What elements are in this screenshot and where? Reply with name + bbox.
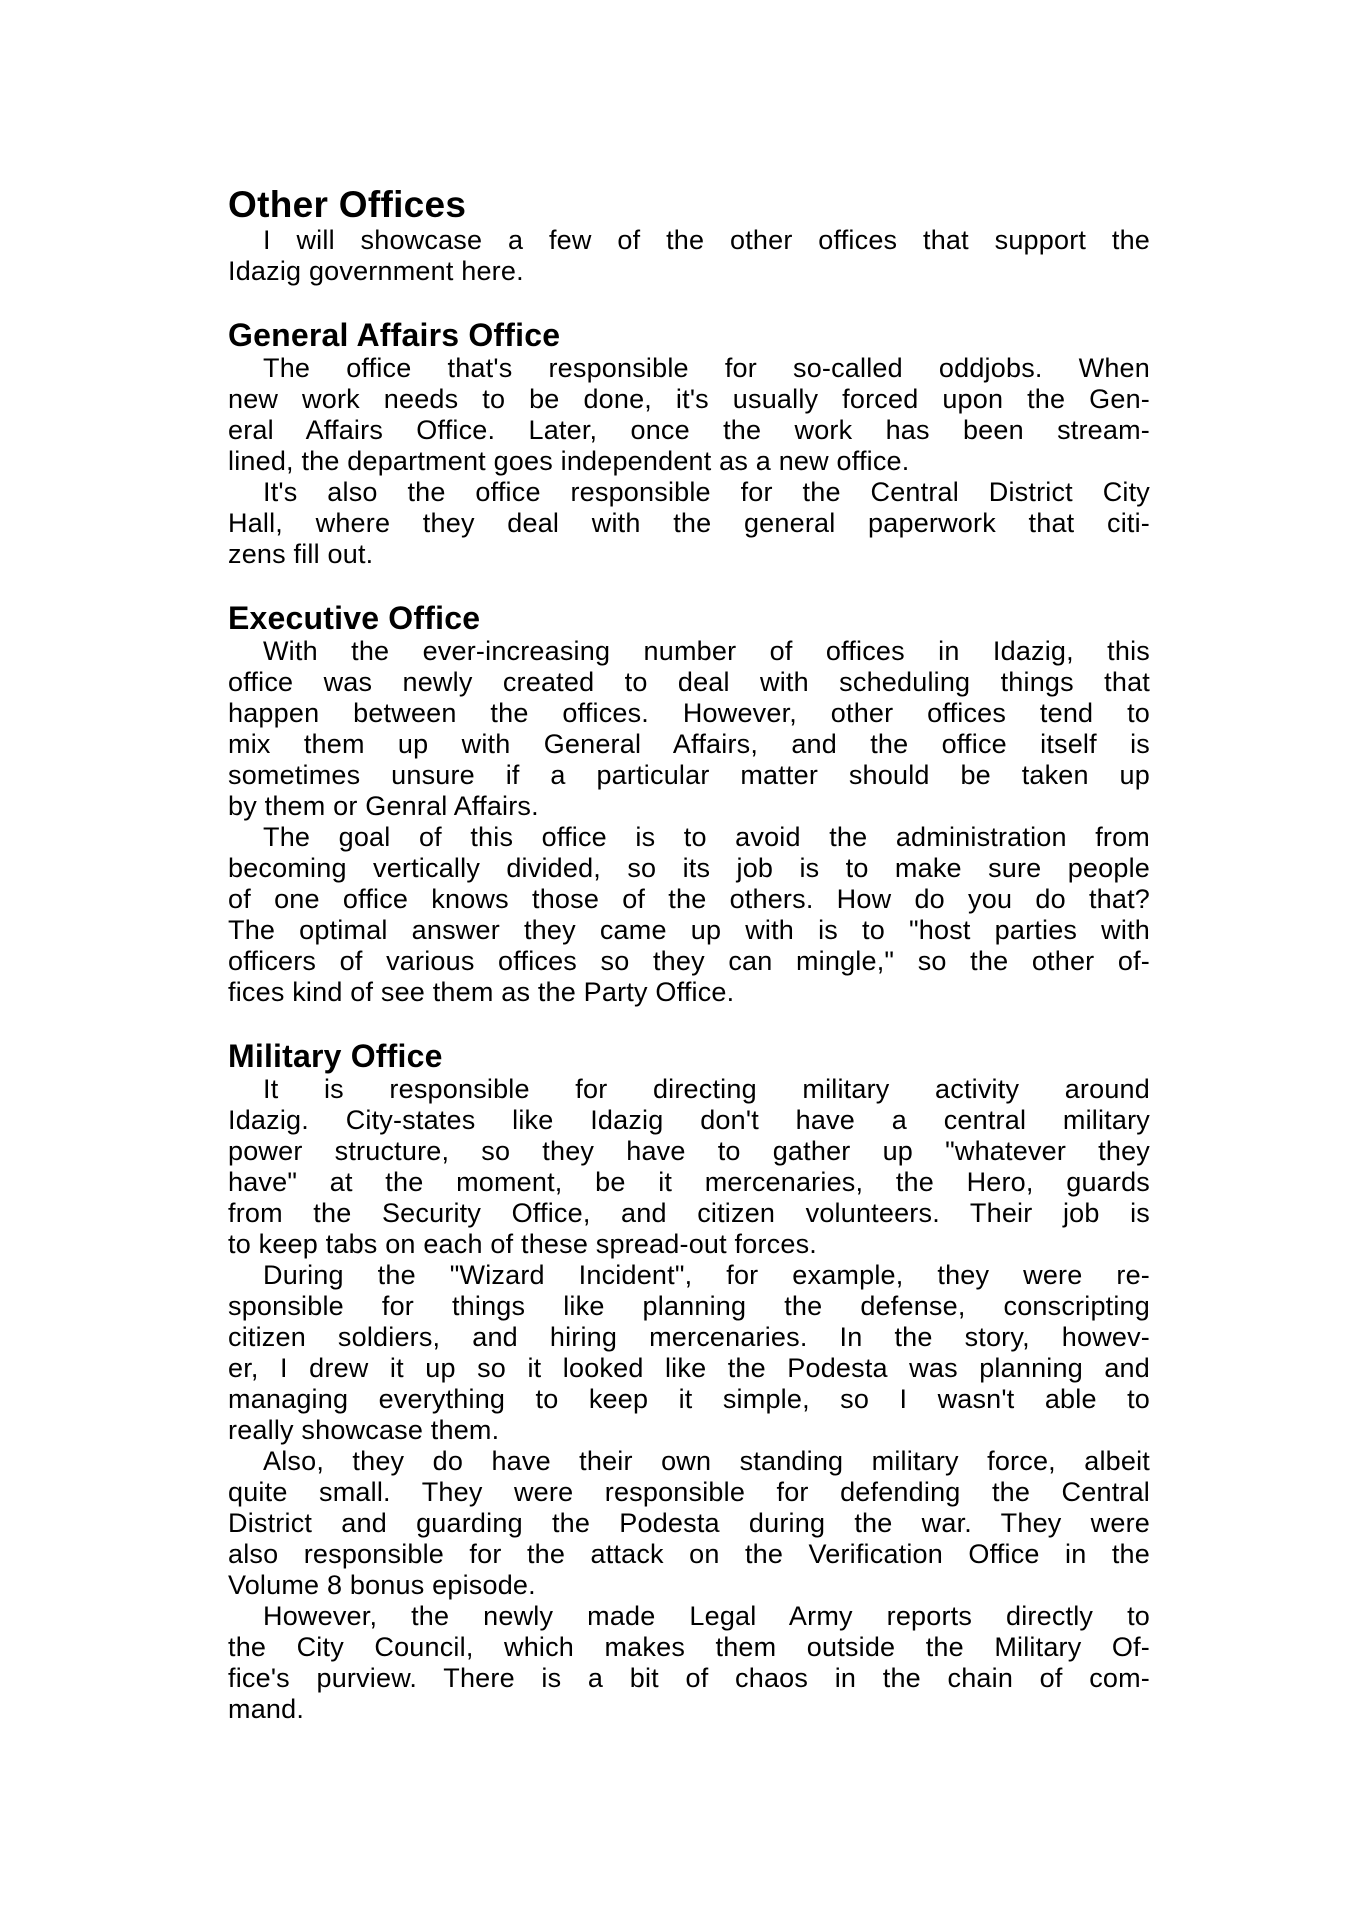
text-line: zens fill out.: [228, 539, 1150, 570]
section-general-affairs-office: General Affairs OfficeThe office that's …: [228, 317, 1150, 570]
text-line: It's also the office responsible for the…: [228, 477, 1150, 508]
text-line: of one office knows those of the others.…: [228, 884, 1150, 915]
text-line: er, I drew it up so it looked like the P…: [228, 1353, 1150, 1384]
page-title: Other Offices: [228, 185, 1150, 225]
section-heading: Executive Office: [228, 600, 1150, 636]
text-line: Volume 8 bonus episode.: [228, 1570, 1150, 1601]
text-line: sometimes unsure if a particular matter …: [228, 760, 1150, 791]
text-line: Also, they do have their own standing mi…: [228, 1446, 1150, 1477]
text-line: sponsible for things like planning the d…: [228, 1291, 1150, 1322]
paragraph: I will showcase a few of the other offic…: [228, 225, 1150, 287]
paragraph: It's also the office responsible for the…: [228, 477, 1150, 570]
section-executive-office: Executive OfficeWith the ever-increasing…: [228, 600, 1150, 1008]
section-heading: Military Office: [228, 1038, 1150, 1074]
text-line: The optimal answer they came up with is …: [228, 915, 1150, 946]
text-line: District and guarding the Podesta during…: [228, 1508, 1150, 1539]
text-line: have" at the moment, be it mercenaries, …: [228, 1167, 1150, 1198]
text-line: I will showcase a few of the other offic…: [228, 225, 1150, 256]
text-line: new work needs to be done, it's usually …: [228, 384, 1150, 415]
text-line: happen between the offices. However, oth…: [228, 698, 1150, 729]
text-line: During the "Wizard Incident", for exampl…: [228, 1260, 1150, 1291]
text-line: also responsible for the attack on the V…: [228, 1539, 1150, 1570]
paragraph: Also, they do have their own standing mi…: [228, 1446, 1150, 1601]
text-line: mix them up with General Affairs, and th…: [228, 729, 1150, 760]
text-line: to keep tabs on each of these spread-out…: [228, 1229, 1150, 1260]
paragraph: The office that's responsible for so-cal…: [228, 353, 1150, 477]
text-line: really showcase them.: [228, 1415, 1150, 1446]
text-line: from the Security Office, and citizen vo…: [228, 1198, 1150, 1229]
text-line: Hall, where they deal with the general p…: [228, 508, 1150, 539]
text-line: citizen soldiers, and hiring mercenaries…: [228, 1322, 1150, 1353]
text-line: lined, the department goes independent a…: [228, 446, 1150, 477]
paragraph: The goal of this office is to avoid the …: [228, 822, 1150, 1008]
text-line: Idazig. City-states like Idazig don't ha…: [228, 1105, 1150, 1136]
text-line: The goal of this office is to avoid the …: [228, 822, 1150, 853]
section-military-office: Military OfficeIt is responsible for dir…: [228, 1038, 1150, 1725]
section-other-offices: Other OfficesI will showcase a few of th…: [228, 185, 1150, 287]
text-line: Idazig government here.: [228, 256, 1150, 287]
text-line: power structure, so they have to gather …: [228, 1136, 1150, 1167]
text-line: the City Council, which makes them outsi…: [228, 1632, 1150, 1663]
text-line: However, the newly made Legal Army repor…: [228, 1601, 1150, 1632]
text-line: With the ever-increasing number of offic…: [228, 636, 1150, 667]
document-page: Other OfficesI will showcase a few of th…: [228, 185, 1150, 1725]
text-line: fices kind of see them as the Party Offi…: [228, 977, 1150, 1008]
section-heading: General Affairs Office: [228, 317, 1150, 353]
paragraph: However, the newly made Legal Army repor…: [228, 1601, 1150, 1725]
paragraph: It is responsible for directing military…: [228, 1074, 1150, 1260]
paragraph: During the "Wizard Incident", for exampl…: [228, 1260, 1150, 1446]
text-line: The office that's responsible for so-cal…: [228, 353, 1150, 384]
text-line: office was newly created to deal with sc…: [228, 667, 1150, 698]
text-line: It is responsible for directing military…: [228, 1074, 1150, 1105]
text-line: quite small. They were responsible for d…: [228, 1477, 1150, 1508]
text-line: mand.: [228, 1694, 1150, 1725]
text-line: managing everything to keep it simple, s…: [228, 1384, 1150, 1415]
text-line: by them or Genral Affairs.: [228, 791, 1150, 822]
paragraph: With the ever-increasing number of offic…: [228, 636, 1150, 822]
text-line: becoming vertically divided, so its job …: [228, 853, 1150, 884]
text-line: eral Affairs Office. Later, once the wor…: [228, 415, 1150, 446]
text-line: fice's purview. There is a bit of chaos …: [228, 1663, 1150, 1694]
text-line: officers of various offices so they can …: [228, 946, 1150, 977]
